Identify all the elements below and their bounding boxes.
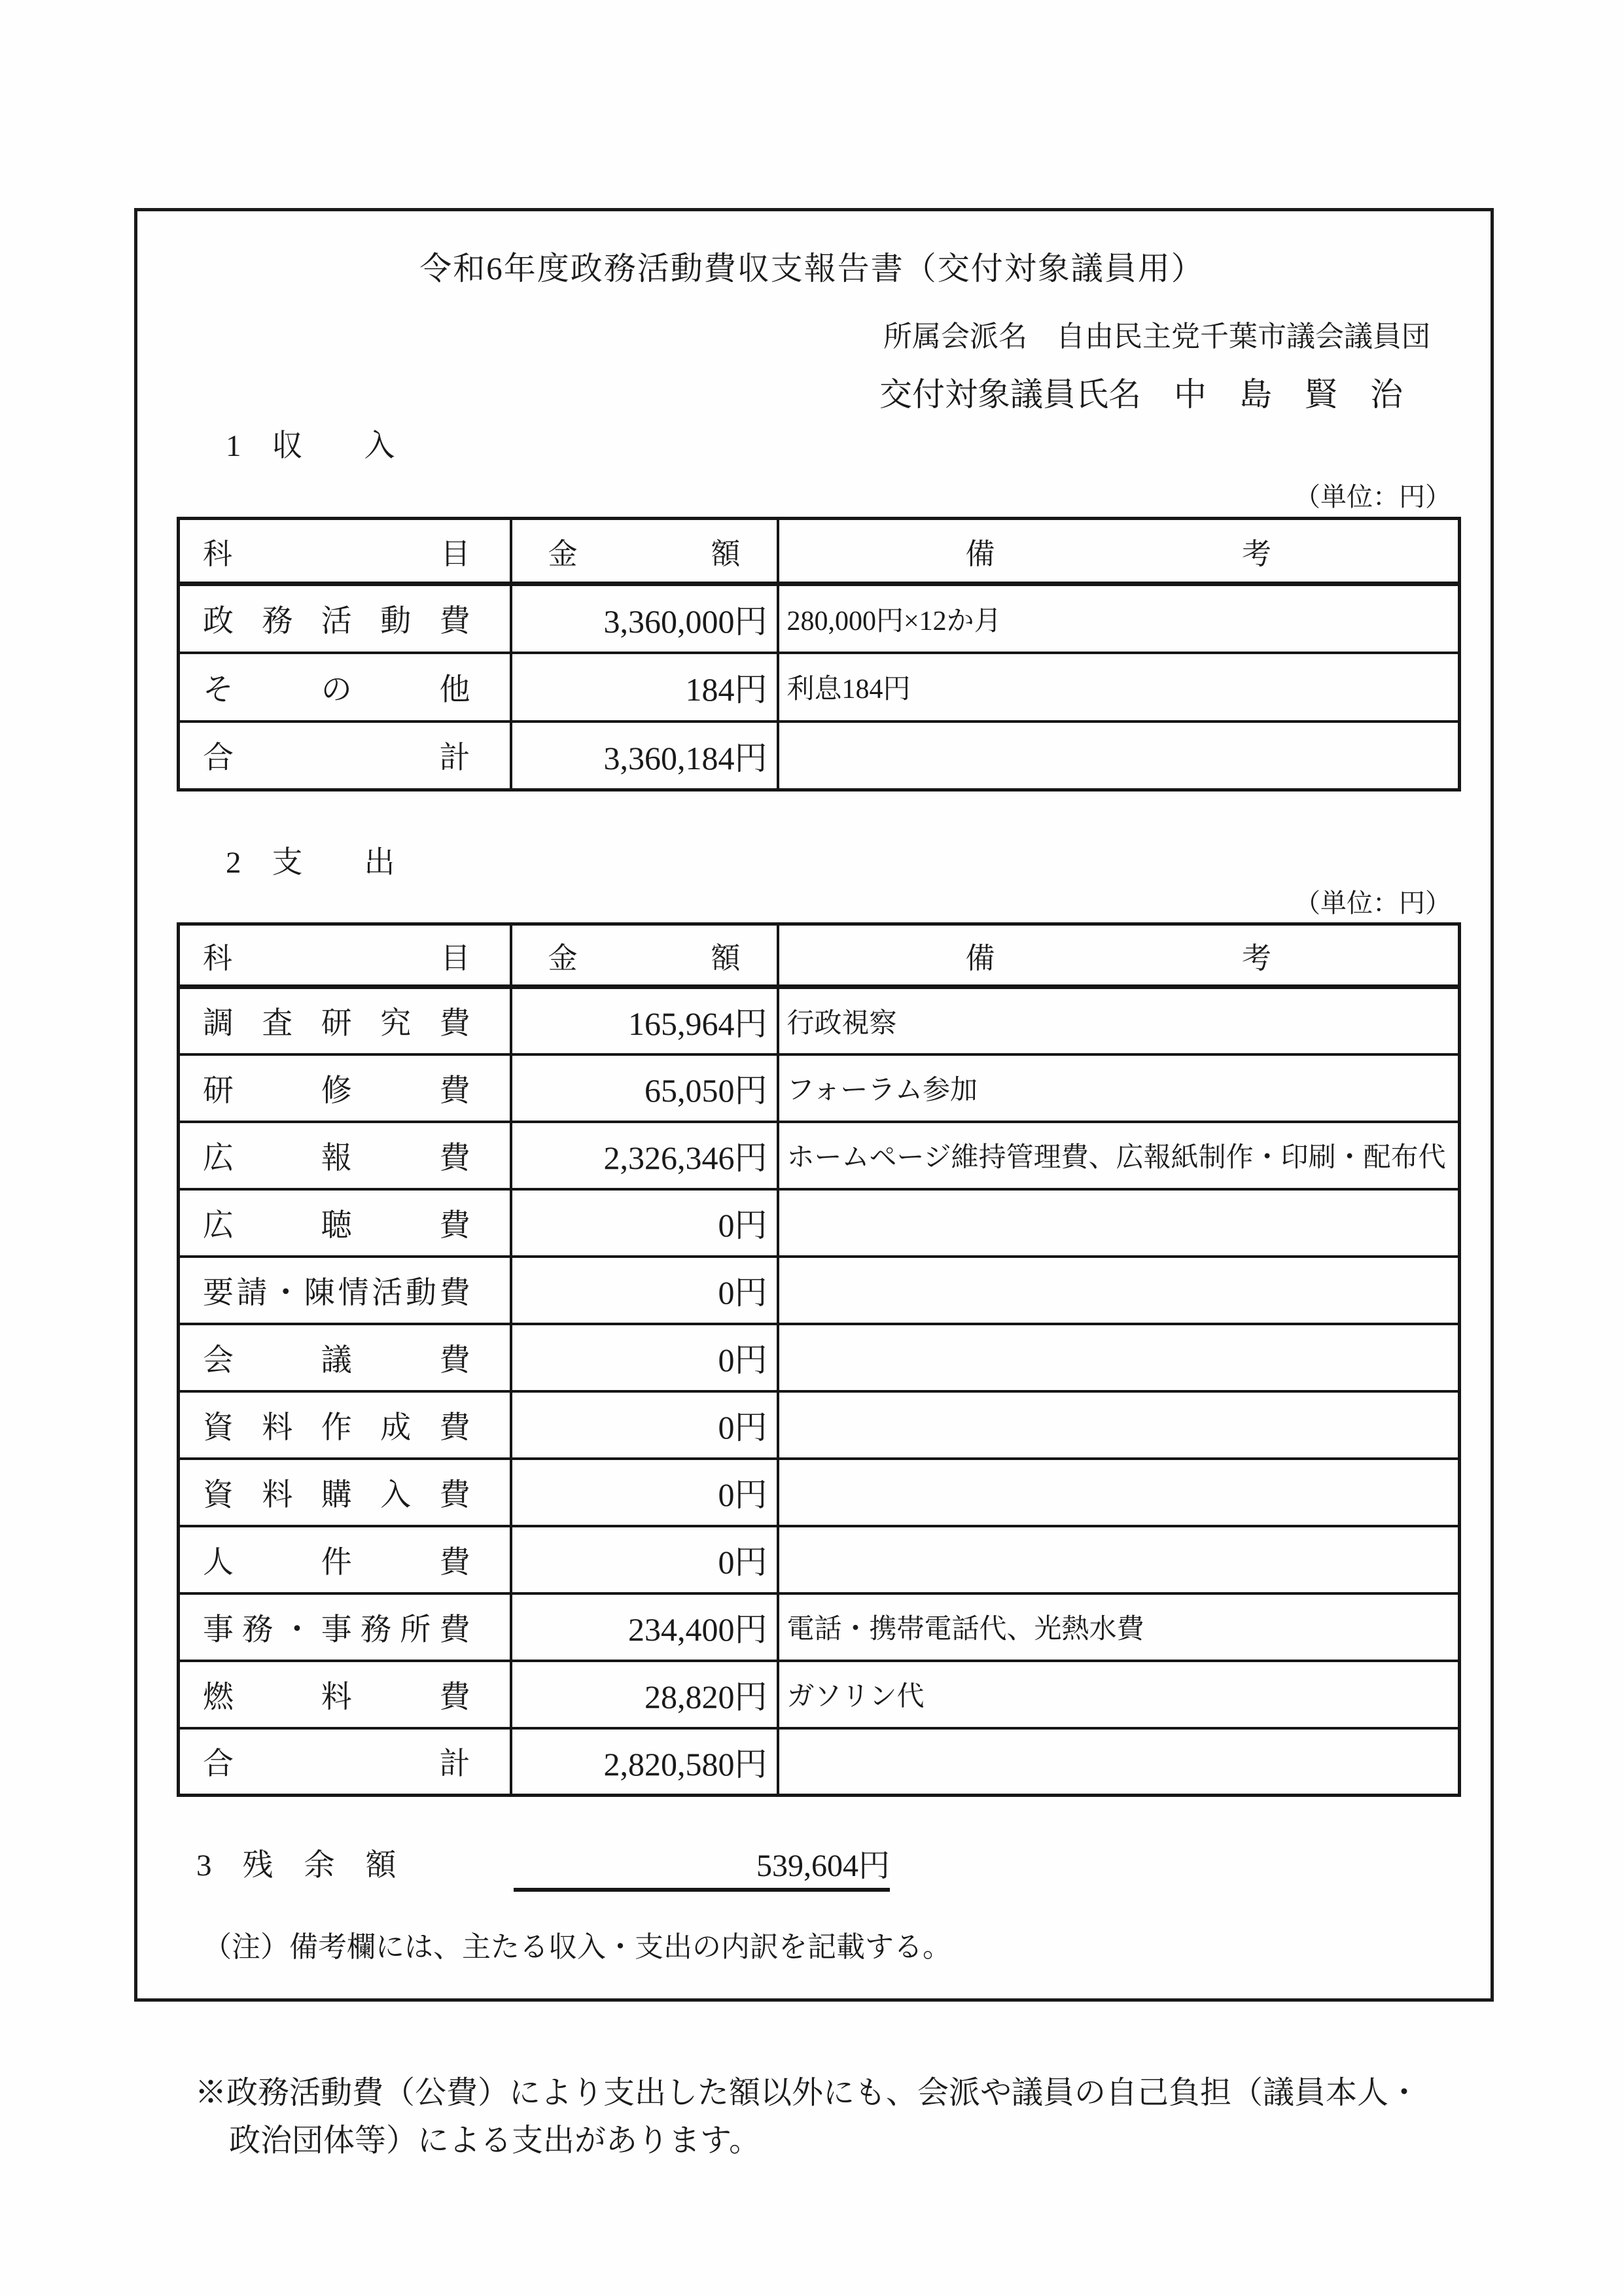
item-cell: 資料作成費 — [179, 1391, 511, 1459]
income-table: 科目 金額 備考 政務活動費 3,360,000円 280,000円×12か月 … — [177, 517, 1461, 791]
table-row: 合計 2,820,580円 — [179, 1728, 1460, 1796]
item-cell: 調査研究費 — [179, 987, 511, 1054]
income-header-amount: 金額 — [511, 519, 778, 584]
amount-cell: 0円 — [511, 1526, 778, 1593]
table-row: 政務活動費 3,360,000円 280,000円×12か月 — [179, 584, 1460, 653]
item-cell: その他 — [179, 653, 511, 722]
table-row: 合計 3,360,184円 — [179, 722, 1460, 790]
amount-cell: 0円 — [511, 1459, 778, 1526]
expenditure-header-amount: 金額 — [511, 924, 778, 987]
item-cell: 資料購入費 — [179, 1459, 511, 1526]
note-cell: 電話・携帯電話代、光熱水費 — [778, 1593, 1460, 1661]
report-page: 令和6年度政務活動費収支報告書（交付対象議員用） 所属会派名 自由民主党千葉市議… — [0, 0, 1624, 2296]
table-row: その他 184円 利息184円 — [179, 653, 1460, 722]
note-cell: ガソリン代 — [778, 1661, 1460, 1728]
note-cell — [778, 1257, 1460, 1324]
note-cell: 行政視察 — [778, 987, 1460, 1054]
item-cell: 広聴費 — [179, 1189, 511, 1257]
amount-cell: 2,326,346円 — [511, 1122, 778, 1189]
amount-cell: 0円 — [511, 1257, 778, 1324]
note-cell — [778, 1391, 1460, 1459]
item-cell: 研修費 — [179, 1054, 511, 1122]
item-cell: 人件費 — [179, 1526, 511, 1593]
item-cell: 事務・事務所費 — [179, 1593, 511, 1661]
remainder-heading: 3 残 余 額 — [196, 1848, 397, 1883]
item-cell: 合計 — [179, 722, 511, 790]
amount-cell: 3,360,184円 — [511, 722, 778, 790]
faction-line: 所属会派名 自由民主党千葉市議会議員団 — [883, 321, 1430, 354]
table-row: 広聴費 0円 — [179, 1189, 1460, 1257]
expenditure-table: 科目 金額 備考 調査研究費 165,964円 行政視察 研修費 65,050円… — [177, 922, 1461, 1797]
item-cell: 燃料費 — [179, 1661, 511, 1728]
member-line: 交付対象議員氏名 中 島 賢 治 — [879, 376, 1403, 414]
expenditure-section-heading: 2 支 出 — [226, 845, 395, 880]
table-row: 事務・事務所費 234,400円 電話・携帯電話代、光熱水費 — [179, 1593, 1460, 1661]
faction-value: 自由民主党千葉市議会議員団 — [1056, 321, 1430, 353]
amount-cell: 234,400円 — [511, 1593, 778, 1661]
table-row: 調査研究費 165,964円 行政視察 — [179, 987, 1460, 1054]
amount-cell: 28,820円 — [511, 1661, 778, 1728]
amount-cell: 65,050円 — [511, 1054, 778, 1122]
remainder-amount: 539,604円 — [514, 1848, 890, 1884]
note-cell — [778, 1189, 1460, 1257]
note-cell: フォーラム参加 — [778, 1054, 1460, 1122]
amount-cell: 3,360,000円 — [511, 584, 778, 653]
table-row: 資料購入費 0円 — [179, 1459, 1460, 1526]
member-value: 中 島 賢 治 — [1174, 376, 1403, 413]
note-cell — [778, 1459, 1460, 1526]
item-cell: 政務活動費 — [179, 584, 511, 653]
amount-cell: 0円 — [511, 1391, 778, 1459]
expenditure-unit-note: （単位：円） — [177, 888, 1451, 918]
note-cell: 利息184円 — [778, 653, 1460, 722]
table-row: 人件費 0円 — [179, 1526, 1460, 1593]
income-section-heading: 1 収 入 — [226, 428, 395, 464]
amount-cell: 0円 — [511, 1324, 778, 1391]
remarks-note: （注）備考欄には、主たる収入・支出の内訳を記載する。 — [203, 1931, 951, 1964]
remainder-underline — [514, 1888, 890, 1892]
income-header-note: 備考 — [778, 519, 1460, 584]
note-cell — [778, 1324, 1460, 1391]
footnote-line-2: 政治団体等）による支出があります。 — [229, 2123, 760, 2159]
member-label: 交付対象議員氏名 — [879, 376, 1141, 413]
amount-cell: 184円 — [511, 653, 778, 722]
note-cell — [778, 722, 1460, 790]
income-header-item: 科目 — [179, 519, 511, 584]
item-cell: 要請・陳情活動費 — [179, 1257, 511, 1324]
note-cell — [778, 1526, 1460, 1593]
amount-cell: 2,820,580円 — [511, 1728, 778, 1796]
table-row: 広報費 2,326,346円 ホームページ維持管理費、広報紙制作・印刷・配布代 — [179, 1122, 1460, 1189]
expenditure-header-row: 科目 金額 備考 — [179, 924, 1460, 987]
note-cell — [778, 1728, 1460, 1796]
table-row: 資料作成費 0円 — [179, 1391, 1460, 1459]
item-cell: 合計 — [179, 1728, 511, 1796]
note-cell: 280,000円×12か月 — [778, 584, 1460, 653]
amount-cell: 165,964円 — [511, 987, 778, 1054]
note-cell: ホームページ維持管理費、広報紙制作・印刷・配布代 — [778, 1122, 1460, 1189]
faction-label: 所属会派名 — [883, 321, 1027, 353]
table-row: 研修費 65,050円 フォーラム参加 — [179, 1054, 1460, 1122]
amount-cell: 0円 — [511, 1189, 778, 1257]
income-header-row: 科目 金額 備考 — [179, 519, 1460, 584]
page-title: 令和6年度政務活動費収支報告書（交付対象議員用） — [0, 251, 1624, 287]
expenditure-header-note: 備考 — [778, 924, 1460, 987]
table-row: 会議費 0円 — [179, 1324, 1460, 1391]
table-row: 燃料費 28,820円 ガソリン代 — [179, 1661, 1460, 1728]
expenditure-header-item: 科目 — [179, 924, 511, 987]
item-cell: 広報費 — [179, 1122, 511, 1189]
item-cell: 会議費 — [179, 1324, 511, 1391]
table-row: 要請・陳情活動費 0円 — [179, 1257, 1460, 1324]
footnote-line-1: ※政務活動費（公費）により支出した額以外にも、会派や議員の自己負担（議員本人・ — [195, 2075, 1420, 2111]
income-unit-note: （単位：円） — [177, 482, 1451, 512]
